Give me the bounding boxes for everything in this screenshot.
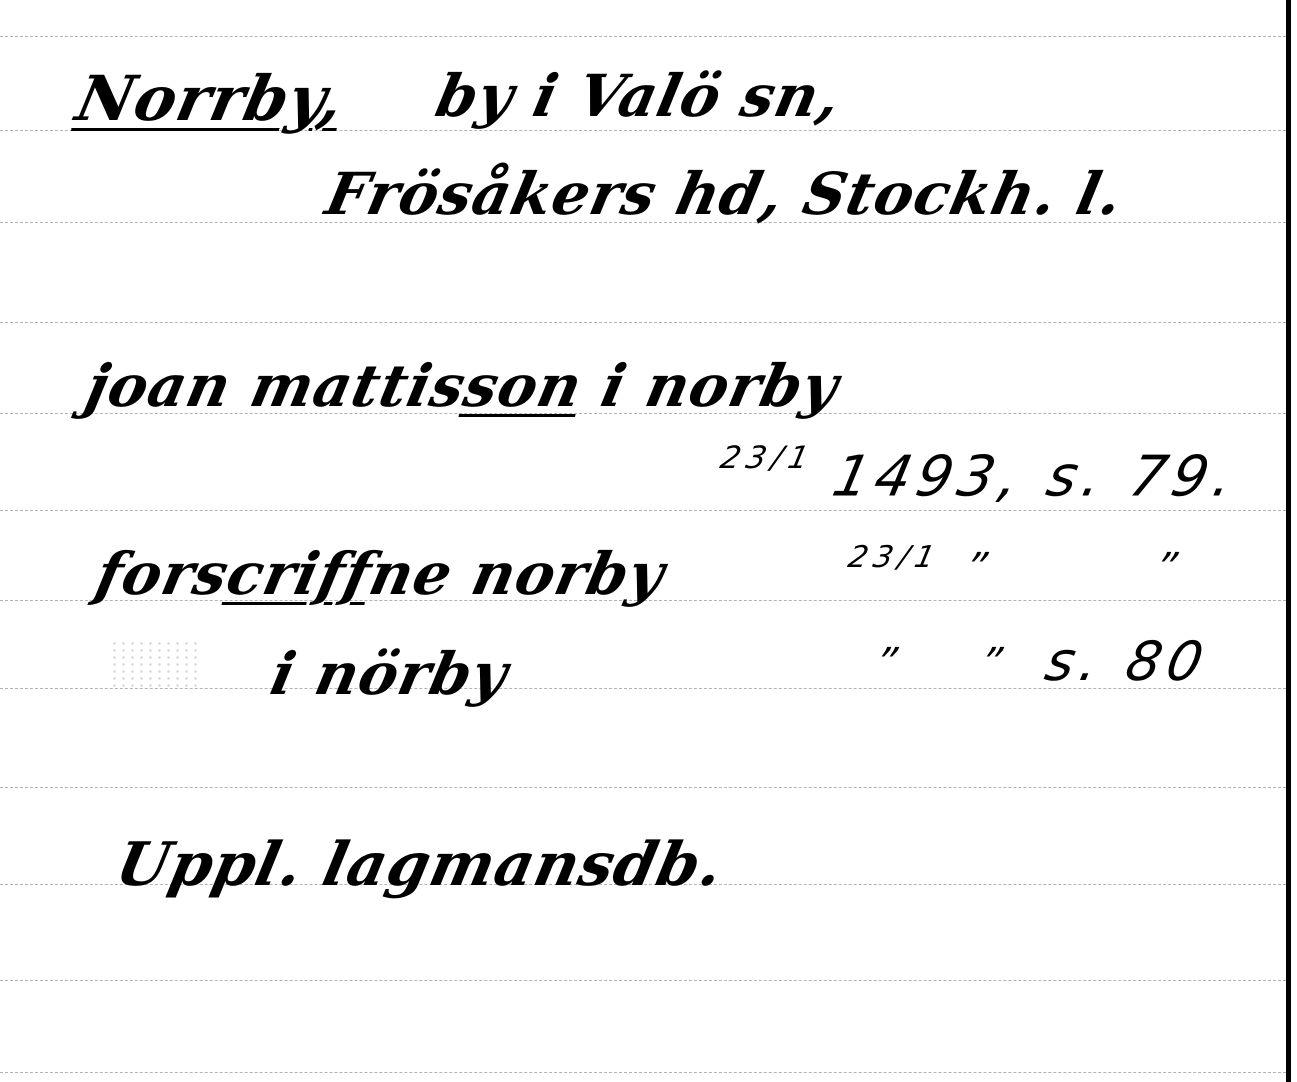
- card-edge-border: [1286, 0, 1291, 1082]
- ink-smudge: [110, 640, 200, 690]
- entry-3-page-ref: s. 80: [1040, 630, 1215, 693]
- entry-1-underlined: son: [458, 352, 589, 420]
- ruled-line: [0, 980, 1286, 981]
- ruled-line: [0, 322, 1286, 323]
- entry-3-ditto-1: ”: [870, 640, 907, 686]
- entry-1-date: 23/1: [717, 440, 818, 476]
- source-reference: Uppl. lagmansdb.: [110, 830, 730, 900]
- entry-2-prefix: fors: [90, 540, 235, 608]
- entry-1-suffix: i norby: [574, 352, 845, 420]
- entry-2-text: forscriffne norby: [90, 540, 671, 608]
- entry-1-text: joan mattisson i norby: [80, 352, 845, 420]
- ruled-line: [0, 1072, 1286, 1073]
- ruled-line: [0, 36, 1286, 37]
- entry-2-date: 23/1: [845, 540, 944, 575]
- ruled-line: [0, 787, 1286, 788]
- entry-1-reference: 23/1 1493, s. 79.: [710, 440, 1246, 510]
- entry-3-text: i nörby: [265, 640, 514, 708]
- heading-description-line2: Frösåkers hd, Stockh. l.: [320, 160, 1129, 228]
- entry-2-suffix: ne norby: [364, 540, 671, 608]
- ruled-line: [0, 510, 1286, 511]
- entry-2-underlined: criff: [221, 540, 378, 608]
- index-card: Norrby, by i Valö sn, Frösåkers hd, Stoc…: [0, 0, 1297, 1082]
- heading-description-line1: by i Valö sn,: [430, 62, 847, 130]
- entry-3-ditto-2: ”: [975, 640, 1012, 686]
- entry-1-year-page: 1493, s. 79.: [827, 445, 1245, 510]
- place-name-heading: Norrby,: [70, 62, 351, 135]
- entry-1-prefix: joan mattis: [80, 352, 472, 420]
- entry-2-ditto-1: ”: [960, 545, 997, 591]
- entry-2-ditto-2: ”: [1150, 545, 1187, 591]
